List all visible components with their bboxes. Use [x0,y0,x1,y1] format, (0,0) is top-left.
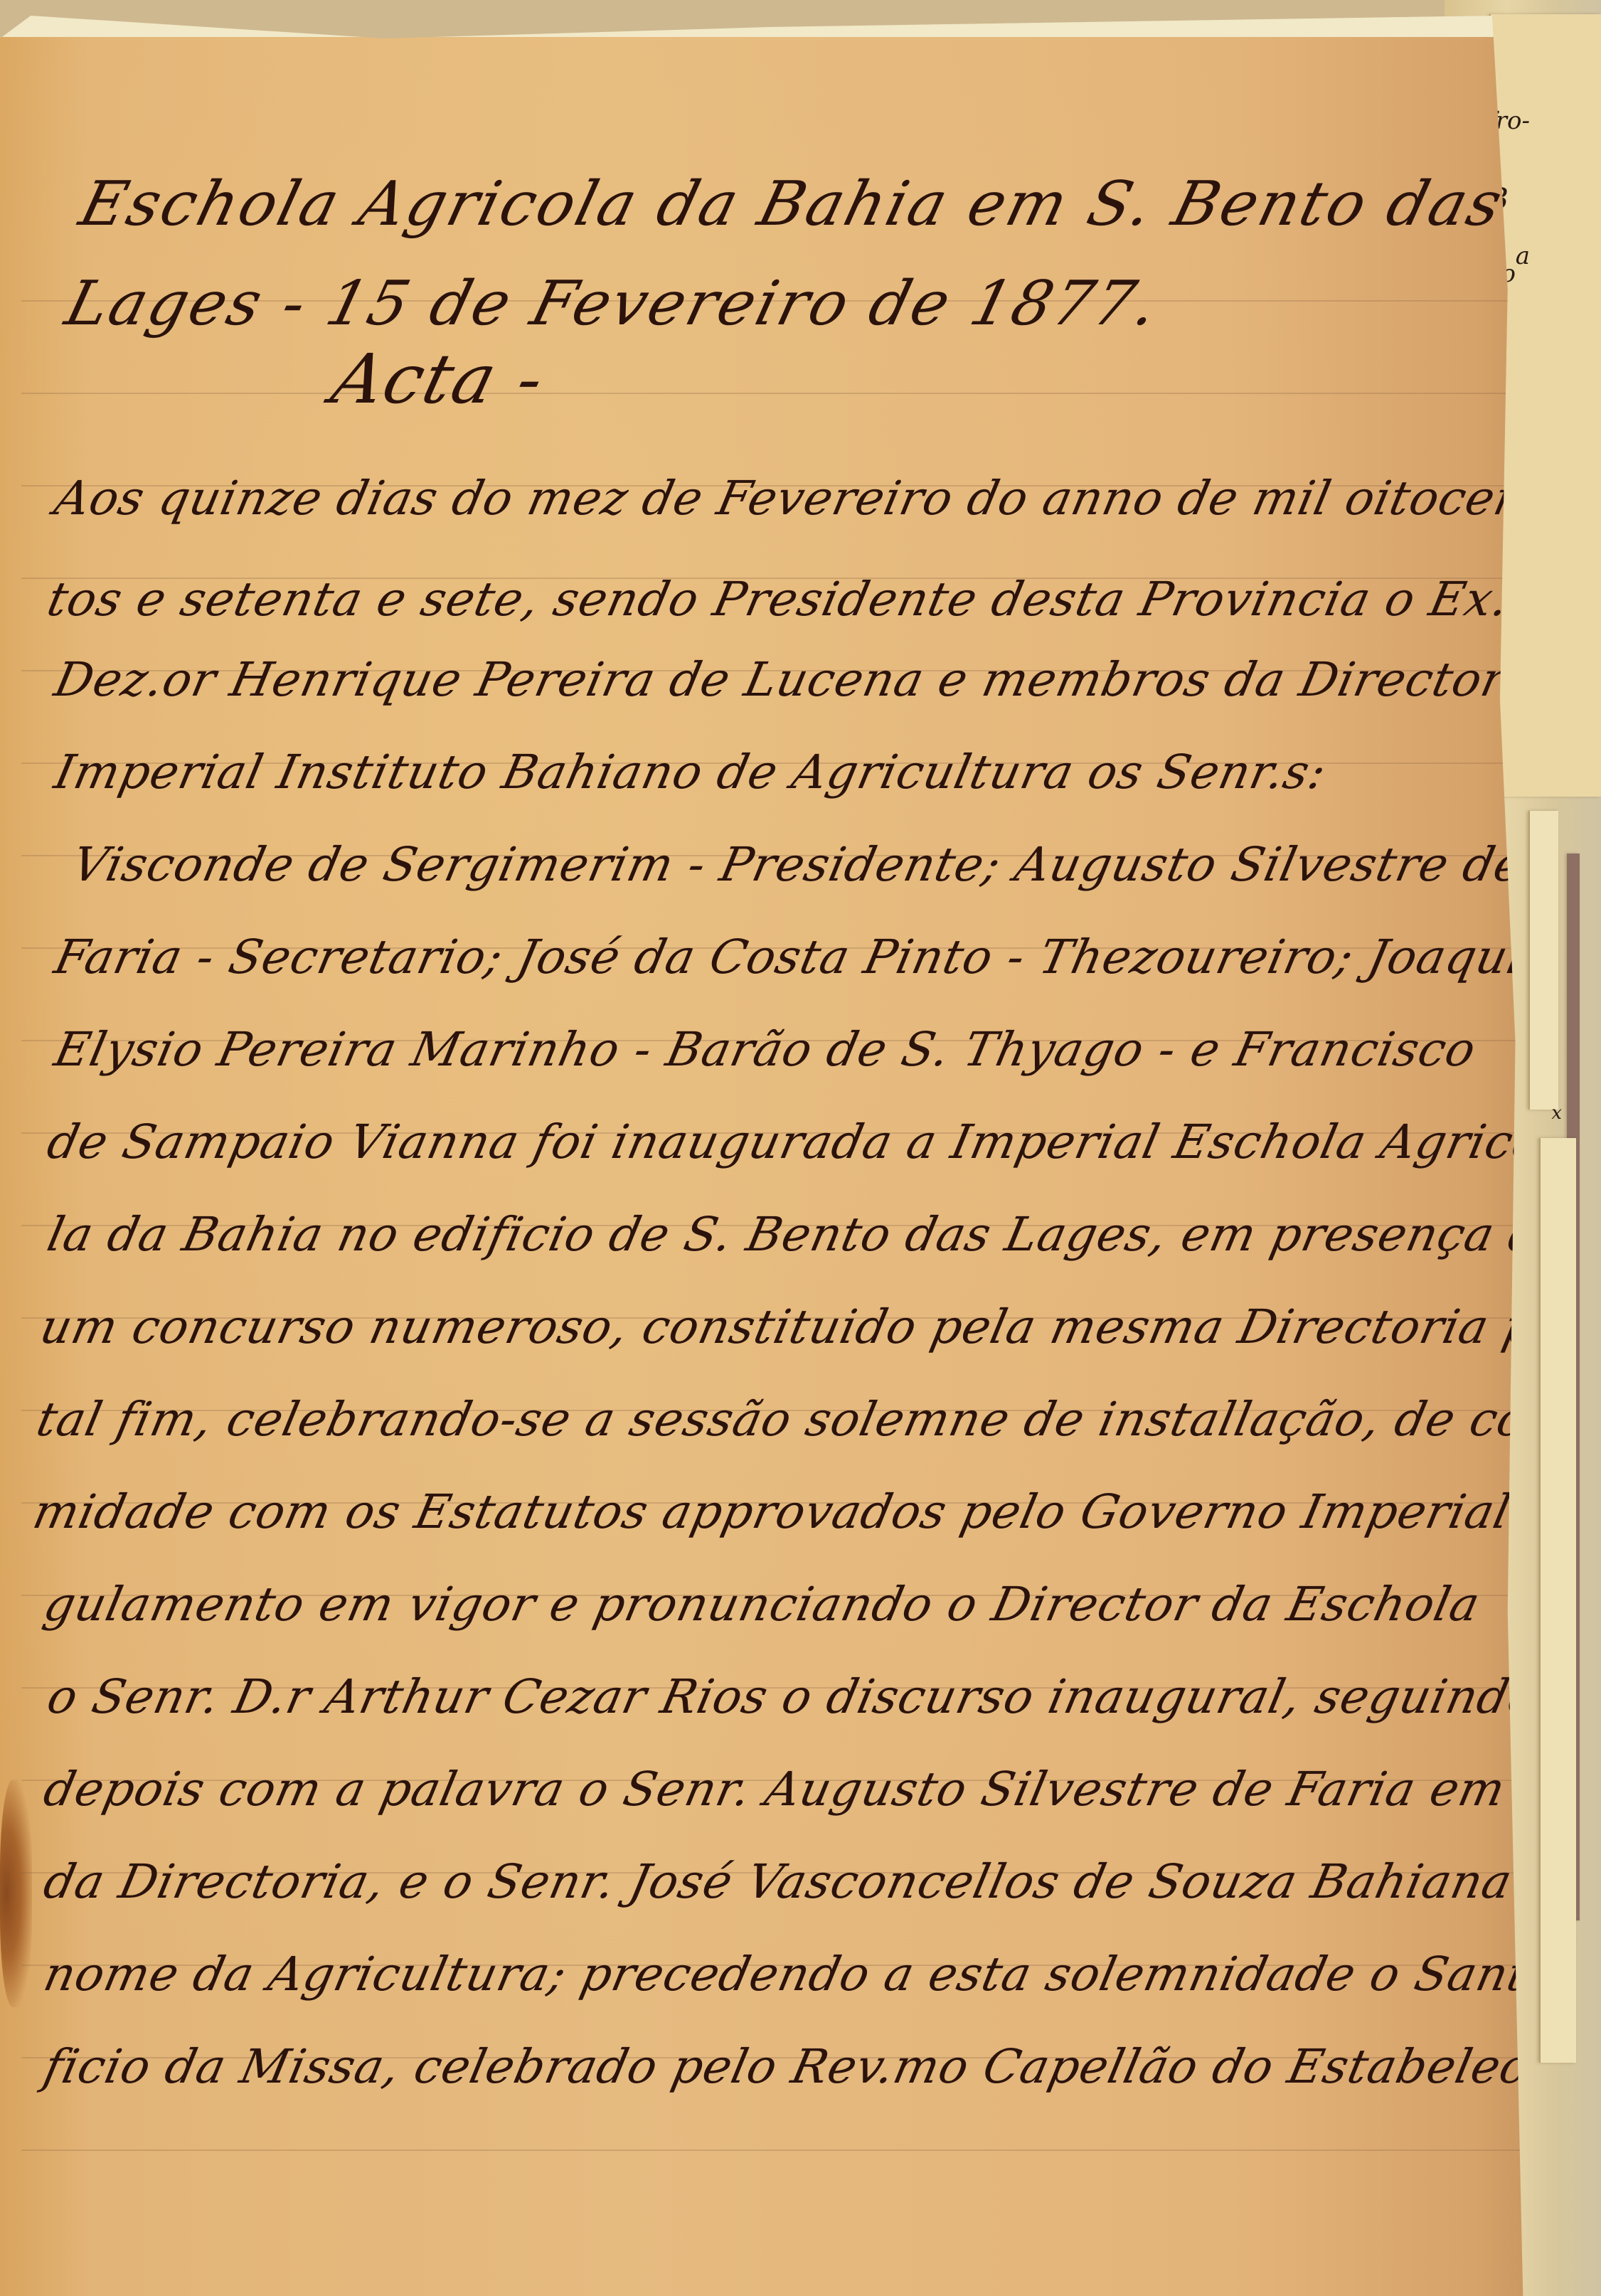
ruled-line [21,2149,1522,2151]
body-line: Dez.or Henrique Pereira de Lucena e memb… [50,652,1601,707]
body-line: o Senr. D.r Arthur Cezar Rios o discurso… [43,1669,1601,1724]
body-line: gulamento em vigor e pronunciando o Dire… [39,1577,1485,1632]
heading-line-2: Lages - 15 de Fevereiro de 1877. [59,268,1167,339]
body-line: Imperial Instituto Bahiano de Agricultur… [50,745,1331,799]
back-page-fragment [1539,1138,1576,2063]
body-line: la da Bahia no edificio de S. Bento das … [43,1207,1575,1262]
body-line: Faria - Secretario; José da Costa Pinto … [50,930,1575,984]
ruled-line [21,393,1522,394]
page-top-edge [0,16,1536,37]
body-line: um concurso numeroso, constituido pela m… [36,1300,1601,1354]
heading-line-1: Eschola Agricola da Bahia em S. Bento da… [73,169,1511,240]
body-line: Aos quinze dias do mez de Fevereiro do a… [50,471,1548,526]
body-line: tal fim, celebrando-se a sessão solemne … [32,1392,1601,1447]
body-line: nome da Agricultura; precedendo a esta s… [39,1947,1601,2002]
body-line: tos e setenta e sete, sendo Presidente d… [43,563,1601,627]
back-page-fragment [1528,811,1558,1110]
body-line: da Directoria, e o Senr. José Vasconcell… [39,1854,1601,1909]
body-line: midade com os Estatutos approvados pelo … [28,1484,1601,1539]
body-line: ficio da Missa, celebrado pelo Rev.mo Ca… [39,2039,1601,2094]
body-line: de Sampaio Vianna foi inaugurada a Imper… [43,1115,1564,1169]
body-line: Visconde de Sergimerim - Presidente; Aug… [68,837,1529,892]
body-line: depois com a palavra o Senr. Augusto Sil… [39,1762,1601,1817]
section-title: Acta - [324,339,553,419]
manuscript-page: Eschola Agricola da Bahia em S. Bento da… [0,16,1538,2296]
water-stain [0,1780,32,2007]
body-line: Elysio Pereira Marinho - Barão de S. Thy… [50,1022,1481,1077]
margin-fragment-text: x [1551,1102,1562,1124]
margin-fragment-text: a [1516,242,1530,270]
